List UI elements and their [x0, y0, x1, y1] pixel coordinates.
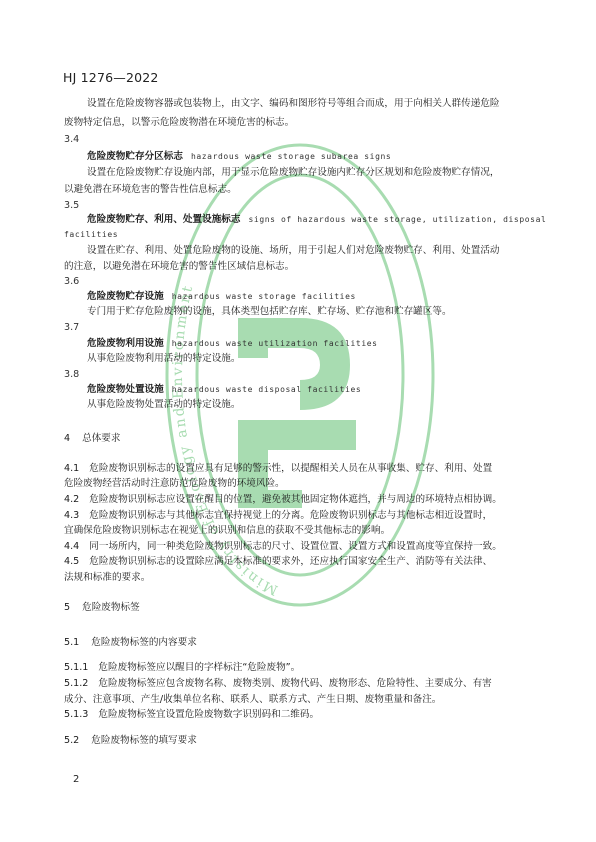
- clause-4-1: 4.1危险废物识别标志的设置应具有足够的警示性，以提醒相关人员在从事收集、贮存、…: [64, 463, 492, 475]
- clause-5-1-2: 5.1.2危险废物标签应包含废物名称、废物类别、废物代码、废物形态、危险特性、主…: [64, 678, 492, 690]
- section-number: 4: [64, 433, 70, 444]
- clause-number: 4.1: [64, 463, 79, 474]
- section-number: 5: [64, 602, 70, 613]
- term-zh: 危险废物处置设施: [87, 384, 164, 395]
- clause-text: 危险废物识别标志与其他标志宜保持视觉上的分离。危险废物识别标志与其他标志相近设置…: [89, 510, 492, 521]
- clause-number: 3.8: [64, 369, 79, 381]
- clause-number: 4.5: [64, 556, 79, 567]
- term-entry: 危险废物贮存、利用、处置设施标志signs of hazardous waste…: [87, 214, 546, 226]
- clause-4-2: 4.2危险废物识别标志应设置在醒目的位置，避免被其他固定物体遮挡，并与周边的环境…: [64, 494, 502, 506]
- term-en: hazardous waste storage facilities: [172, 292, 356, 301]
- term-en: hazardous waste utilization facilities: [172, 339, 378, 348]
- definition-text: 从事危险废物利用活动的特定设施。: [87, 353, 241, 365]
- definition-text: 从事危险废物处置活动的特定设施。: [87, 399, 241, 411]
- clause-text: 危险废物识别标志的设置应具有足够的警示性，以提醒相关人员在从事收集、贮存、利用、…: [89, 463, 492, 474]
- definition-text: 以避免潜在环境危害的警告性信息标志。: [64, 184, 237, 196]
- clause-text: 危险废物标签应包含废物名称、废物类别、废物代码、废物形态、危险特性、主要成分、有…: [98, 678, 491, 689]
- clause-number: 3.7: [64, 322, 79, 334]
- definition-text: 设置在贮存、利用、处置危险废物的设施、场所，用于引起人们对危险废物贮存、利用、处…: [87, 245, 500, 257]
- section-heading-5-2: 5.2危险废物标签的填写要求: [64, 735, 197, 747]
- clause-text: 法规和标准的要求。: [64, 572, 150, 584]
- term-entry: 危险废物贮存分区标志hazardous waste storage subare…: [87, 151, 391, 163]
- clause-number: 3.6: [64, 276, 79, 288]
- clause-text: 危险废物识别标志应设置在醒目的位置，避免被其他固定物体遮挡，并与周边的环境特点相…: [89, 494, 502, 505]
- clause-4-5: 4.5危险废物识别标志的设置除应满足本标准的要求外，还应执行国家安全生产、消防等…: [64, 556, 492, 568]
- clause-text: 危险废物标签应以醒目的字样标注“危险废物”。: [98, 662, 300, 673]
- definition-text: 设置在危险废物贮存设施内部，用于显示危险废物贮存设施内贮存分区规划和危险废物贮存…: [87, 167, 500, 179]
- term-entry: 危险废物处置设施hazardous waste disposal facilit…: [87, 384, 361, 396]
- document-page: Ministry of Ecology and Environment HJ 1…: [0, 0, 596, 842]
- clause-number: 4.3: [64, 510, 79, 521]
- definition-text: 专门用于贮存危险废物的设施，具体类型包括贮存库、贮存场、贮存池和贮存罐区等。: [87, 306, 452, 318]
- clause-number: 5.1.1: [64, 662, 88, 673]
- clause-text: 危险废物经营活动时注意防范危险废物的环境风险。: [64, 478, 285, 490]
- clause-4-4: 4.4同一场所内，同一种类危险废物识别标志的尺寸、设置位置、设置方式和设置高度等…: [64, 541, 502, 553]
- definition-text: 的注意，以避免潜在环境危害的警告性区域信息标志。: [64, 261, 294, 273]
- clause-number: 4.4: [64, 541, 79, 552]
- clause-number: 3.5: [64, 200, 79, 212]
- clause-5-1-1: 5.1.1危险废物标签应以醒目的字样标注“危险废物”。: [64, 662, 300, 674]
- term-zh: 危险废物贮存、利用、处置设施标志: [87, 214, 241, 225]
- term-en: signs of hazardous waste storage, utiliz…: [249, 215, 547, 224]
- section-number: 5.1: [64, 637, 79, 648]
- section-number: 5.2: [64, 735, 79, 746]
- term-en: hazardous waste storage subarea signs: [191, 152, 391, 161]
- section-heading-5: 5危险废物标签: [64, 602, 140, 614]
- section-heading-5-1: 5.1危险废物标签的内容要求: [64, 637, 197, 649]
- term-entry: 危险废物利用设施hazardous waste utilization faci…: [87, 338, 378, 350]
- clause-text: 成分、注意事项、产生/收集单位名称、联系人、联系方式、产生日期、废物重量和备注。: [64, 694, 441, 706]
- term-zh: 危险废物贮存分区标志: [87, 151, 183, 162]
- clause-number: 3.4: [64, 134, 79, 146]
- term-en-continued: facilities: [64, 229, 118, 241]
- section-heading-4: 4总体要求: [64, 433, 120, 445]
- section-title: 危险废物标签的填写要求: [91, 735, 197, 746]
- term-zh: 危险废物贮存设施: [87, 291, 164, 302]
- clause-4-3: 4.3危险废物识别标志与其他标志宜保持视觉上的分离。危险废物识别标志与其他标志相…: [64, 510, 492, 522]
- clause-5-1-3: 5.1.3危险废物标签宜设置危险废物数字识别码和二维码。: [64, 709, 319, 721]
- clause-text: 危险废物标签宜设置危险废物数字识别码和二维码。: [98, 709, 319, 720]
- section-title: 总体要求: [82, 433, 120, 444]
- standard-number-header: HJ 1276—2022: [63, 70, 159, 85]
- definition-text: 废物特定信息，以警示危险废物潜在环境危害的标志。: [64, 117, 294, 129]
- clause-text: 宜确保危险废物识别标志在视觉上的识别和信息的获取不受其他标志的影响。: [64, 525, 390, 537]
- clause-text: 同一场所内，同一种类危险废物识别标志的尺寸、设置位置、设置方式和设置高度等宜保持…: [89, 541, 502, 552]
- page-number: 2: [73, 774, 79, 785]
- clause-number: 5.1.3: [64, 709, 88, 720]
- term-entry: 危险废物贮存设施hazardous waste storage faciliti…: [87, 291, 356, 303]
- section-title: 危险废物标签: [82, 602, 140, 613]
- definition-text: 设置在危险废物容器或包装物上，由文字、编码和图形符号等组合而成，用于向相关人群传…: [87, 98, 500, 110]
- term-zh: 危险废物利用设施: [87, 338, 164, 349]
- section-title: 危险废物标签的内容要求: [91, 637, 197, 648]
- clause-text: 危险废物识别标志的设置除应满足本标准的要求外，还应执行国家安全生产、消防等有关法…: [89, 556, 492, 567]
- clause-number: 4.2: [64, 494, 79, 505]
- term-en: hazardous waste disposal facilities: [172, 385, 362, 394]
- clause-number: 5.1.2: [64, 678, 88, 689]
